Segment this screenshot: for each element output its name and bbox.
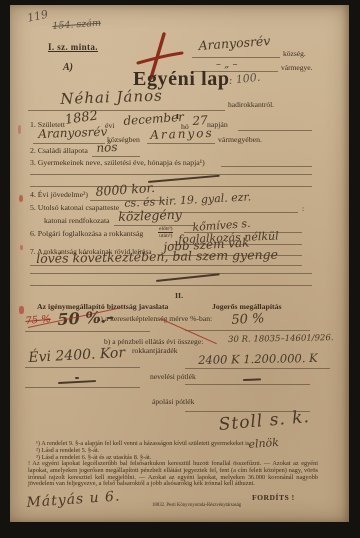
minta-label: I. sz. minta. <box>48 42 98 52</box>
l3-label: 3. Gyermekeinek neve, születési éve, hón… <box>30 158 205 167</box>
l2-value: nős <box>96 140 118 155</box>
l1-village: Aranyosrév <box>38 125 108 141</box>
red-speck <box>20 245 23 250</box>
b-right-value: 2400 K 1.200.000. K <box>198 351 318 367</box>
name-value: Néhai János <box>60 86 163 108</box>
rule <box>185 384 310 385</box>
rule <box>221 166 312 167</box>
l1-varmegyeben: vármegyében. <box>218 135 262 144</box>
a-right-value: 50 % <box>231 311 265 328</box>
rule <box>147 143 215 144</box>
b-sublabel: rokkantjáradék <box>132 346 178 355</box>
l1-county: Aranyos <box>150 126 214 142</box>
elott-utan-fraction: előtt³) után³) <box>158 226 173 240</box>
rule <box>92 156 140 157</box>
rule <box>238 130 312 131</box>
l2-label: 2. Családi állapota <box>30 146 88 155</box>
name-suffix: hadirokkantról. <box>228 100 274 109</box>
rule <box>25 331 150 332</box>
footnote-paragraph: ! Az egyéni lapokat legcélszerűbb bal fe… <box>28 461 318 488</box>
nevelesi-label: nevelési pótlék <box>150 372 196 381</box>
rule <box>192 57 280 58</box>
rule <box>30 273 312 274</box>
rule <box>25 387 140 388</box>
rule <box>30 265 302 266</box>
b-ref-value: 30 R. 18035–14601/926. <box>228 333 334 345</box>
l4-label: 4. Évi jövedelme²) <box>30 190 88 199</box>
rule <box>30 174 312 175</box>
varmegye-label: vármegye. <box>281 63 312 72</box>
rule <box>33 143 105 144</box>
l5-label: 5. Utolsó katonai csapatteste <box>30 203 119 212</box>
rule <box>114 225 195 226</box>
red-speck <box>18 125 21 134</box>
kozseg-label: község. <box>283 49 306 58</box>
handwritten-dash <box>75 377 79 379</box>
right-column-header: Jogerős megállapítás <box>212 302 282 311</box>
rule <box>185 368 330 369</box>
rule <box>30 285 312 286</box>
l5b-label: katonai rendfokozata <box>44 216 110 225</box>
apolasi-label: ápolási pótlék <box>152 397 194 406</box>
scanned-document: 119 154. szám I. sz. minta. A) Aranyosré… <box>0 0 360 538</box>
rule <box>28 110 225 111</box>
red-speck <box>19 195 23 202</box>
rule <box>185 330 310 331</box>
rule <box>25 367 140 368</box>
a-mark: A) <box>63 62 73 73</box>
fordits-label: FORDÍTS ! <box>252 493 295 502</box>
l5-colon: : <box>302 204 304 213</box>
l6-label: 6. Polgári foglalkozása a rokkantság <box>30 229 143 238</box>
section2-heading: II. <box>175 291 183 300</box>
rule <box>30 186 312 187</box>
l5b-value: közlegény <box>118 207 182 224</box>
printer-imprint: 18832. Pesti Könyvnyomda-Részvénytársasá… <box>152 503 241 508</box>
red-speck <box>19 306 24 314</box>
